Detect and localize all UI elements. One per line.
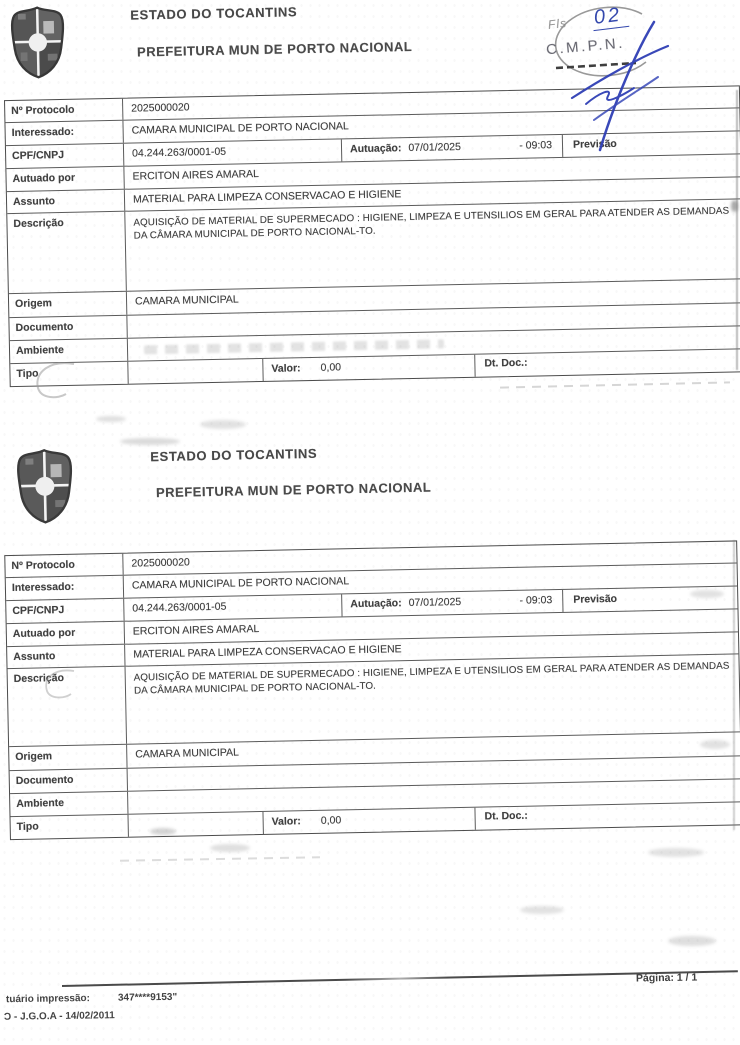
scan-smudge xyxy=(96,416,126,422)
table-row-descricao: Descrição AQUISIÇÃO DE MATERIAL DE SUPER… xyxy=(8,653,740,746)
interessado-label: Interessado: xyxy=(5,121,123,145)
coat-of-arms-logo xyxy=(14,447,76,531)
tipo-label: Tipo xyxy=(10,362,128,386)
prefeitura-subtitle: PREFEITURA MUN DE PORTO NACIONAL xyxy=(137,39,413,60)
tipo-value xyxy=(128,359,263,384)
scan-smudge xyxy=(210,844,250,852)
autuacao-label: Autuação: xyxy=(350,142,402,155)
scan-smudge xyxy=(520,906,564,914)
tipo-value xyxy=(128,812,263,837)
protocolo-label: Nº Protocolo xyxy=(5,554,123,577)
origem-label: Origem xyxy=(9,745,127,770)
scan-smudge xyxy=(648,848,704,857)
valor-cell: Valor: 0,00 xyxy=(263,808,475,834)
assunto-label: Assunto xyxy=(7,645,125,668)
stamp-sheet-number: 02 xyxy=(591,3,630,31)
cpf-label: CPF/CNPJ xyxy=(6,599,124,623)
estado-title: ESTADO DO TOCANTINS xyxy=(150,446,317,464)
dtdoc-label: Dt. Doc.: xyxy=(475,802,740,829)
descricao-label: Descrição xyxy=(7,212,127,293)
scan-smudge xyxy=(120,856,320,861)
descricao-label: Descrição xyxy=(8,667,128,746)
autuacao-time: - 09:03 xyxy=(519,594,552,607)
descricao-value: AQUISIÇÃO DE MATERIAL DE SUPERMECADO : H… xyxy=(125,199,740,290)
ambiente-label: Ambiente xyxy=(10,339,128,363)
autuacao-date: 07/01/2025 xyxy=(409,596,462,609)
valor-value: 0,00 xyxy=(321,814,342,826)
ghost-text-artifact xyxy=(144,339,444,354)
table-row-descricao: Descrição AQUISIÇÃO DE MATERIAL DE SUPER… xyxy=(7,198,740,293)
valor-value: 0,00 xyxy=(321,361,342,373)
footer-user-value: 347****9153" xyxy=(118,992,177,1004)
protocol-table: Nº Protocolo 2025000020 Interessado: CAM… xyxy=(4,540,740,840)
page-number: Página: 1 / 1 xyxy=(636,971,697,984)
prefeitura-subtitle: PREFEITURA MUN DE PORTO NACIONAL xyxy=(156,480,432,501)
valor-cell: Valor: 0,00 xyxy=(263,355,475,381)
valor-label: Valor: xyxy=(271,362,300,375)
estado-title: ESTADO DO TOCANTINS xyxy=(130,4,297,22)
scan-smudge xyxy=(200,420,246,429)
documento-label: Documento xyxy=(10,769,128,793)
footer-user-line: tuário impressão: 347****9153" xyxy=(6,992,177,1005)
protocolo-label: Nº Protocolo xyxy=(5,99,123,122)
origem-label: Origem xyxy=(9,292,127,317)
fls-stamp: Fls 02 C.M.P.N. xyxy=(536,0,686,155)
cpf-value: 04.244.263/0001-05 xyxy=(124,594,342,620)
assunto-label: Assunto xyxy=(7,190,125,213)
footer-user-label: tuário impressão: xyxy=(6,993,90,1005)
footer-version-line: Ɔ - J.G.O.A - 14/02/2011 xyxy=(4,1010,115,1023)
autuacao-date: 07/01/2025 xyxy=(408,141,461,154)
tipo-label: Tipo xyxy=(11,815,129,839)
ambiente-label: Ambiente xyxy=(10,792,128,816)
autuacao-label: Autuação: xyxy=(350,597,402,610)
scan-smudge xyxy=(668,936,716,946)
protocol-copy-2: ESTADO DO TOCANTINS PREFEITURA MUN DE PO… xyxy=(0,428,740,843)
cpf-value: 04.244.263/0001-05 xyxy=(124,139,342,165)
interessado-label: Interessado: xyxy=(6,576,124,600)
stamp-sheet-word: Fls xyxy=(547,16,567,32)
autuado-label: Autuado por xyxy=(6,167,124,191)
descricao-value: AQUISIÇÃO DE MATERIAL DE SUPERMECADO : H… xyxy=(126,654,740,743)
coat-of-arms-logo xyxy=(8,4,68,86)
cpf-label: CPF/CNPJ xyxy=(6,144,124,168)
dtdoc-label: Dt. Doc.: xyxy=(475,349,740,376)
autuado-label: Autuado por xyxy=(7,622,125,646)
valor-label: Valor: xyxy=(272,815,301,828)
documento-label: Documento xyxy=(9,316,127,340)
